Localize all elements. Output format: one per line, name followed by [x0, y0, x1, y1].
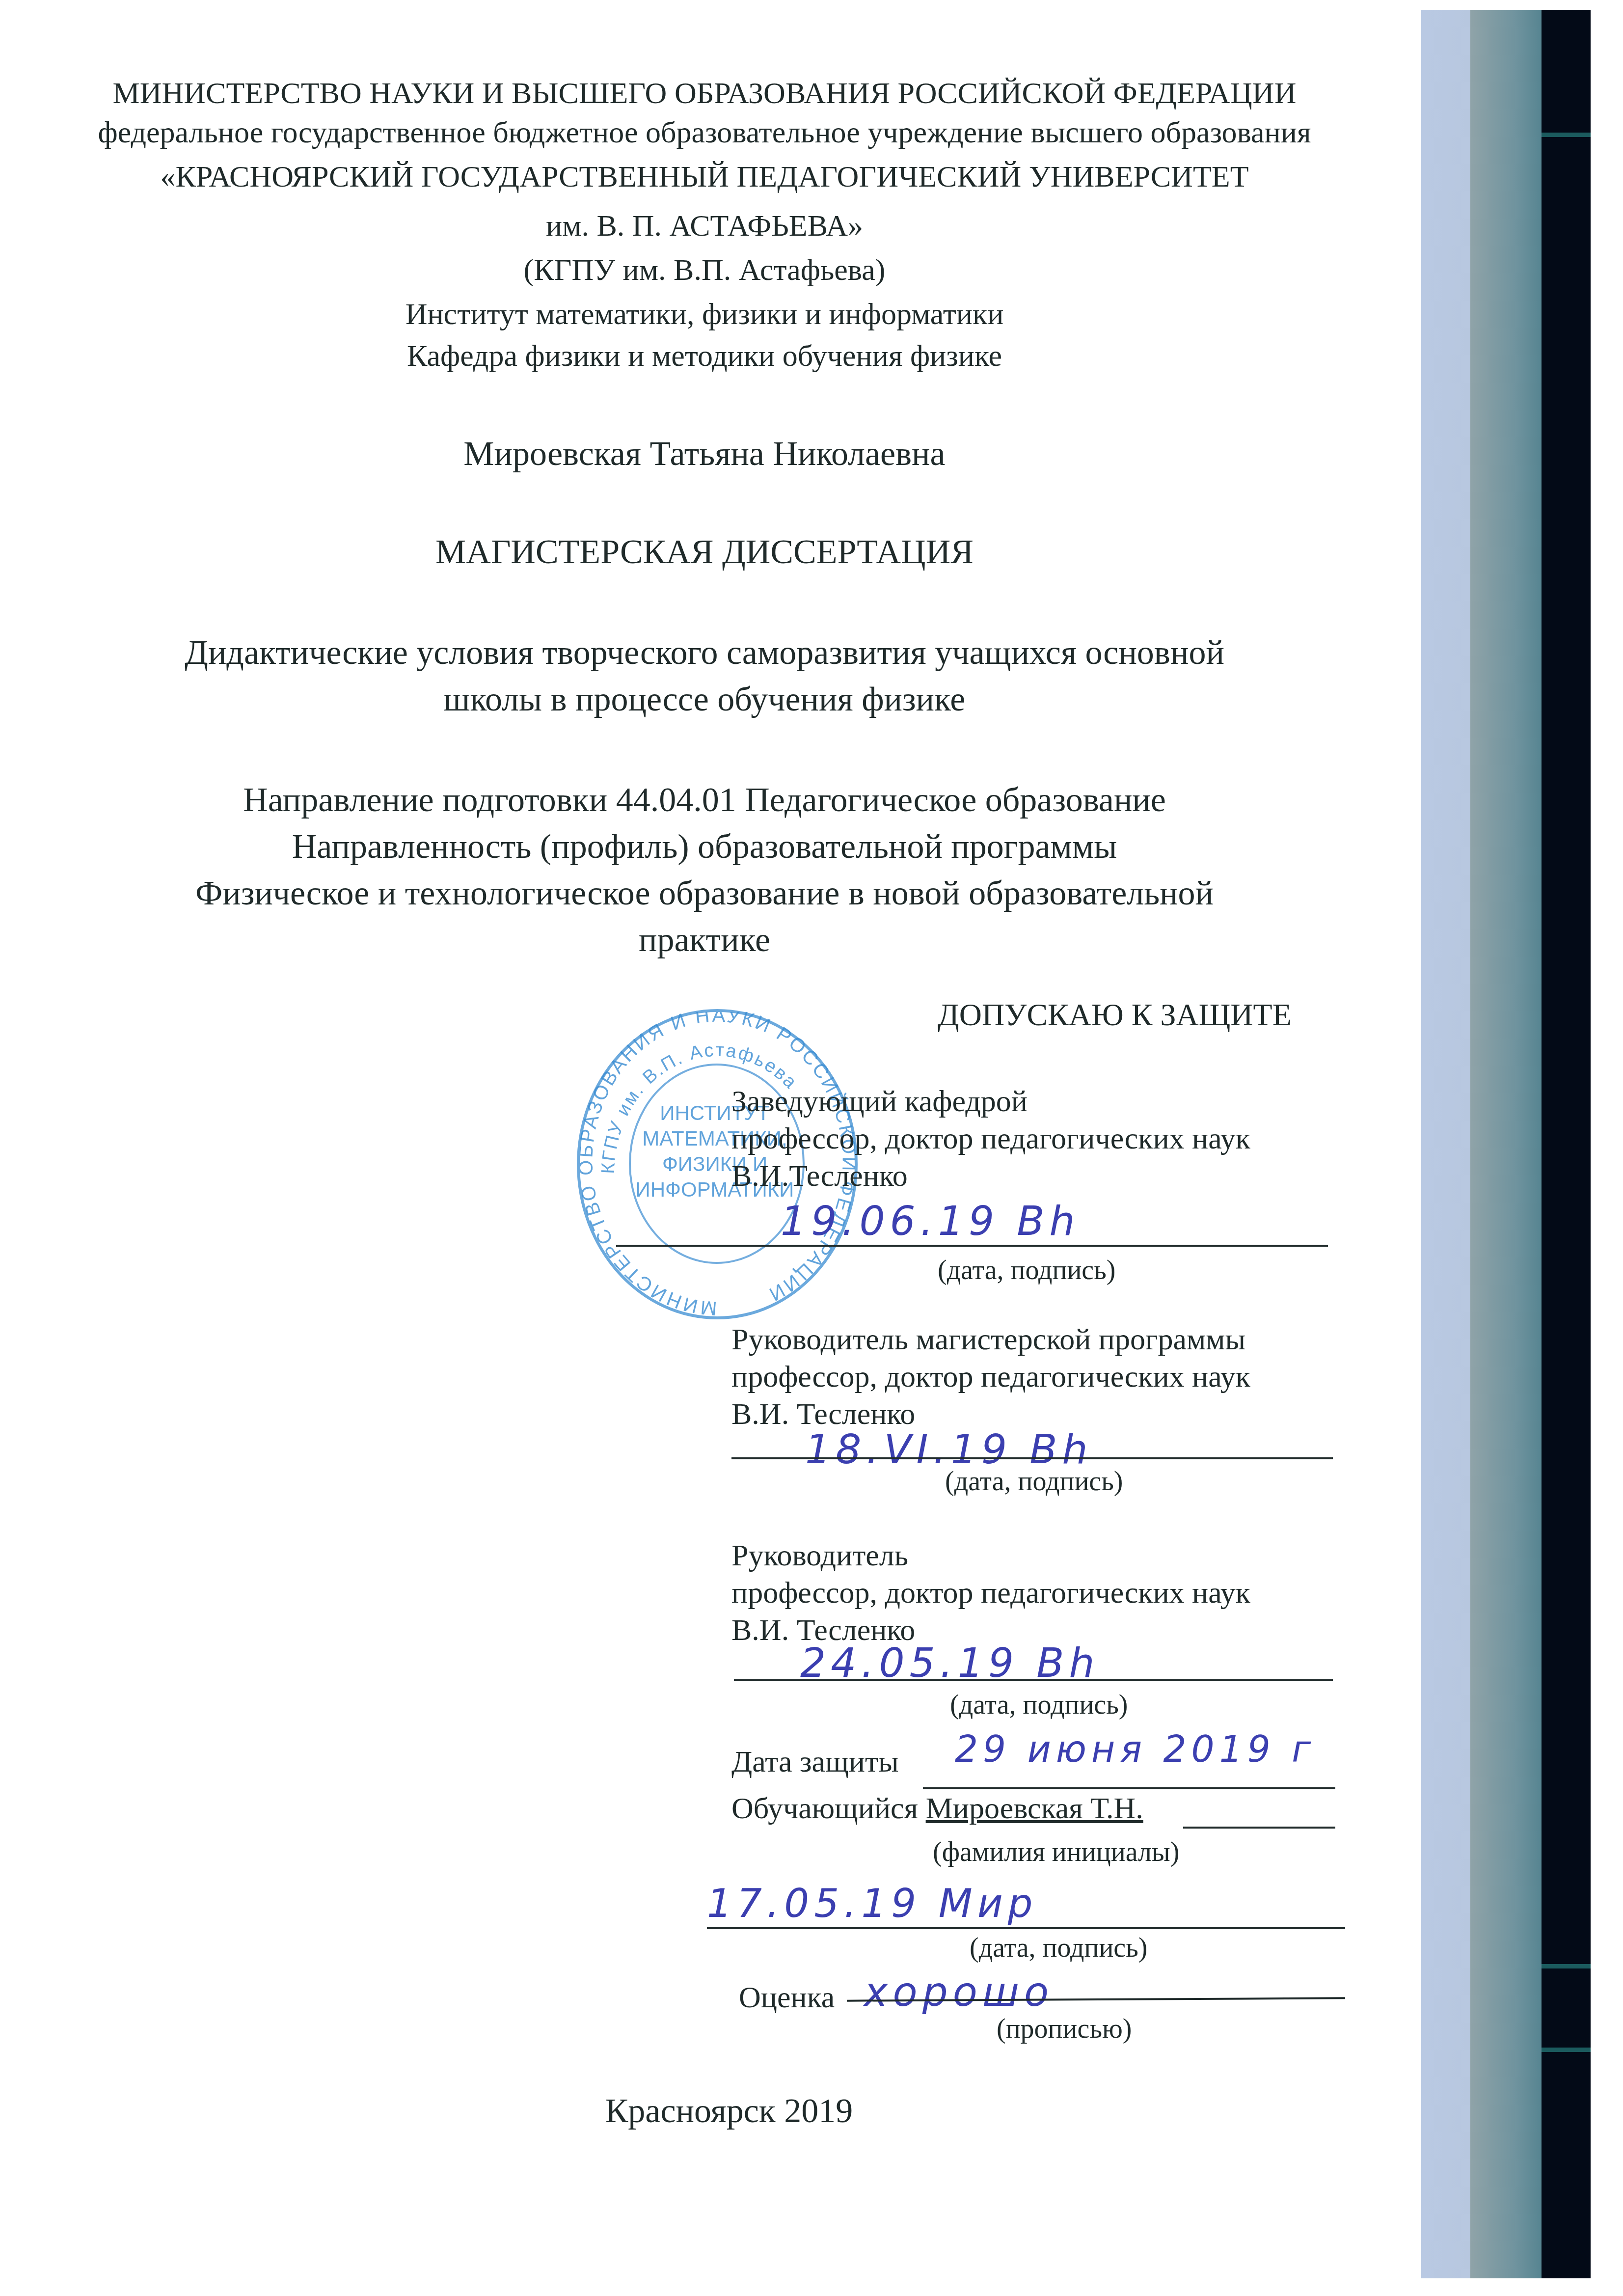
- department-name: Кафедра физики и методики обучения физик…: [0, 336, 1409, 376]
- head-name: В.И.Тесленко: [731, 1157, 1345, 1195]
- supervisor-caption: (дата, подпись): [950, 1689, 1128, 1721]
- university-name-line1: «КРАСНОЯРСКИЙ ГОСУДАРСТВЕННЫЙ ПЕДАГОГИЧЕ…: [0, 157, 1409, 196]
- program-head-title: профессор, доктор педагогических наук: [731, 1358, 1345, 1395]
- program-head-signature-line: [731, 1457, 1333, 1459]
- head-role: Заведующий кафедрой: [731, 1083, 1345, 1120]
- student-name-line: [1183, 1827, 1335, 1829]
- student-name: Мироевская Т.Н.: [926, 1792, 1143, 1825]
- city-year: Красноярск 2019: [0, 2092, 1458, 2131]
- thesis-title-line2: школы в процессе обучения физике: [0, 680, 1409, 719]
- program-head-role: Руководитель магистерской программы: [731, 1321, 1345, 1358]
- student-signature-caption: (дата, подпись): [970, 1932, 1147, 1964]
- university-short-name: (КГПУ им. В.П. Астафьева): [0, 250, 1409, 290]
- program-head-caption: (дата, подпись): [945, 1466, 1123, 1497]
- head-signature-line: [616, 1245, 1328, 1247]
- head-caption: (дата, подпись): [938, 1255, 1115, 1286]
- thesis-title-line1: Дидактические условия творческого самора…: [0, 633, 1409, 673]
- defense-date-handwritten: 29 июня 2019 г: [955, 1728, 1316, 1771]
- institute-name: Институт математики, физики и информатик…: [0, 295, 1409, 334]
- grade-caption: (прописью): [997, 2013, 1132, 2045]
- head-of-department-block: Заведующий кафедрой профессор, доктор пе…: [731, 1083, 1345, 1195]
- university-name-line2: им. В. П. АСТАФЬЕВА»: [0, 206, 1409, 246]
- institution-type-line: федеральное государственное бюджетное об…: [0, 113, 1409, 152]
- supervisor-block: Руководитель профессор, доктор педагогич…: [731, 1537, 1345, 1649]
- supervisor-role: Руководитель: [731, 1537, 1345, 1574]
- student-name-caption: (фамилия инициалы): [933, 1836, 1179, 1868]
- program-profile-line1: Физическое и технологическое образование…: [0, 874, 1409, 913]
- student-signature-line: [707, 1927, 1345, 1929]
- scan-edge-binding: [1542, 10, 1591, 2278]
- approval-heading: ДОПУСКАЮ К ЗАЩИТЕ: [938, 997, 1292, 1033]
- supervisor-title: профессор, доктор педагогических наук: [731, 1574, 1345, 1612]
- head-title: профессор, доктор педагогических наук: [731, 1120, 1345, 1157]
- program-profile-label: Направленность (профиль) образовательной…: [0, 827, 1409, 867]
- document-page: МИНИСТЕРСТВО НАУКИ И ВЫСШЕГО ОБРАЗОВАНИЯ…: [0, 0, 1409, 2296]
- student-label: Обучающийся: [731, 1792, 918, 1825]
- document-type: МАГИСТЕРСКАЯ ДИССЕРТАЦИЯ: [0, 533, 1409, 572]
- student-handwritten-date-signature: 17.05.19 Мир: [707, 1881, 1037, 1926]
- program-direction: Направление подготовки 44.04.01 Педагоги…: [0, 781, 1409, 820]
- head-handwritten-date-signature: 19.06.19 Вh: [781, 1198, 1080, 1245]
- ministry-line: МИНИСТЕРСТВО НАУКИ И ВЫСШЕГО ОБРАЗОВАНИЯ…: [0, 74, 1409, 113]
- author-name: Мироевская Татьяна Николаевна: [0, 435, 1409, 474]
- supervisor-signature-line: [734, 1679, 1333, 1681]
- defense-date-line: [923, 1787, 1335, 1789]
- program-profile-line2: практике: [0, 921, 1409, 960]
- student-block: Обучающийся Мироевская Т.Н.: [731, 1790, 1345, 1827]
- program-head-block: Руководитель магистерской программы проф…: [731, 1321, 1345, 1433]
- grade-handwritten: хорошо: [864, 1969, 1054, 2016]
